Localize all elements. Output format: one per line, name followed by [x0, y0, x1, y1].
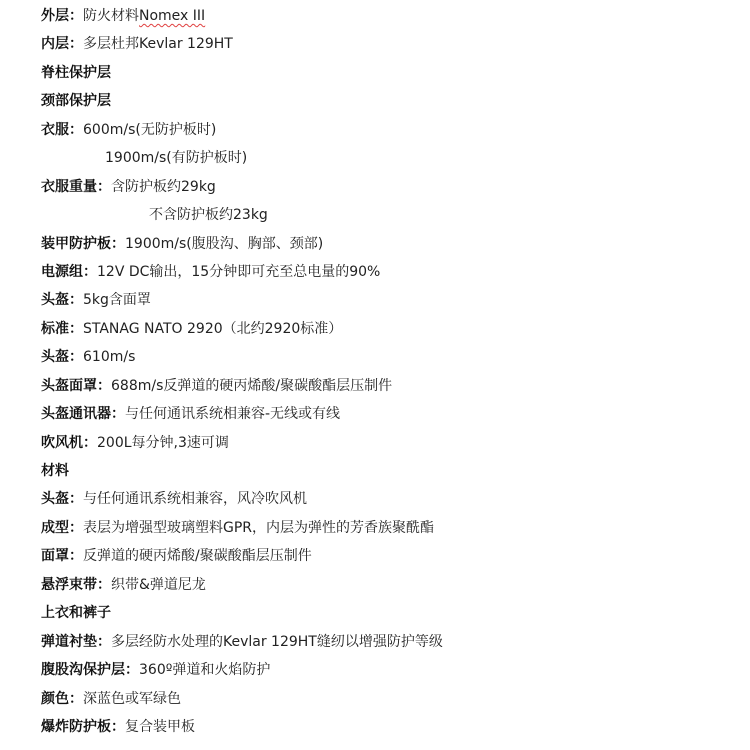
spec-document: 外层：防火材料Nomex III 内层：多层杜邦Kevlar 129HT 脊柱保… [41, 2, 741, 741]
spec-label: 头盔： [41, 292, 83, 308]
spec-label: 腹股沟保护层： [41, 662, 139, 678]
spec-label: 衣服： [41, 122, 83, 138]
spec-line-visor-material: 面罩：反弹道的硬丙烯酸/聚碳酸酯层压制件 [41, 542, 741, 570]
spec-line-clothing-weight: 衣服重量：含防护板约29kg [41, 173, 741, 201]
spec-value: 610m/s [83, 349, 135, 365]
spec-value: 不含防护板约23kg [149, 207, 268, 223]
spec-value: 1900m/s(有防护板时) [105, 150, 247, 166]
spec-value: 深蓝色或军绿色 [83, 691, 181, 707]
spec-line-helmet-visor: 头盔面罩：688m/s反弹道的硬丙烯酸/聚碳酸酯层压制件 [41, 372, 741, 400]
spec-label: 爆炸防护板： [41, 719, 125, 735]
spec-label: 头盔： [41, 491, 83, 507]
spec-line-color: 颜色：深蓝色或军绿色 [41, 685, 741, 713]
spec-line-helmet-weight: 头盔：5kg含面罩 [41, 286, 741, 314]
spec-label: 内层： [41, 36, 83, 52]
spec-line-helmet-speed: 头盔：610m/s [41, 343, 741, 371]
spec-label: 头盔面罩： [41, 378, 111, 394]
spec-value: 600m/s(无防护板时) [83, 122, 216, 138]
spec-label: 成型： [41, 520, 83, 536]
spec-line-blast-plate: 爆炸防护板：复合装甲板 [41, 713, 741, 741]
spec-value: 复合装甲板 [125, 719, 195, 735]
spec-value: 12V DC输出，15分钟即可充至总电量的90% [97, 264, 380, 280]
section-heading-spine: 脊柱保护层 [41, 59, 741, 87]
spec-label: 弹道衬垫： [41, 634, 111, 650]
spec-value: 与任何通讯系统相兼容-无线或有线 [125, 406, 340, 422]
spec-label: 装甲防护板： [41, 236, 125, 252]
spec-value: 200L每分钟,3速可调 [97, 435, 229, 451]
spec-value: 360º弹道和火焰防护 [139, 662, 270, 678]
spec-line-groin-protection: 腹股沟保护层：360º弹道和火焰防护 [41, 656, 741, 684]
spec-value: 反弹道的硬丙烯酸/聚碳酸酯层压制件 [83, 548, 312, 564]
spec-line-helmet-comms: 头盔通讯器：与任何通讯系统相兼容-无线或有线 [41, 400, 741, 428]
spec-value: 含防护板约29kg [111, 179, 216, 195]
spec-label: 悬浮束带： [41, 577, 111, 593]
spec-label: 头盔： [41, 349, 83, 365]
spec-line-power-pack: 电源组：12V DC输出，15分钟即可充至总电量的90% [41, 258, 741, 286]
spec-label: 头盔通讯器： [41, 406, 125, 422]
spec-value: STANAG NATO 2920（北约2920标准） [83, 321, 342, 337]
spec-line-continuation: 不含防护板约23kg [41, 201, 741, 229]
spec-line-blower: 吹风机：200L每分钟,3速可调 [41, 429, 741, 457]
spec-line-ballistic-liner: 弹道衬垫：多层经防水处理的Kevlar 129HT缝纫以增强防护等级 [41, 628, 741, 656]
spec-value: 防火材料 [83, 8, 139, 24]
spellcheck-marked-text: Nomex III [139, 8, 205, 24]
spec-line-armor-plate: 装甲防护板：1900m/s(腹股沟、胸部、颈部) [41, 230, 741, 258]
spec-value: 与任何通讯系统相兼容，风冷吹风机 [83, 491, 307, 507]
spec-line-helmet-material: 头盔：与任何通讯系统相兼容，风冷吹风机 [41, 485, 741, 513]
spec-label: 标准： [41, 321, 83, 337]
spec-label: 外层： [41, 8, 83, 24]
spec-line-molding: 成型：表层为增强型玻璃塑料GPR，内层为弹性的芳香族聚酰酯 [41, 514, 741, 542]
spec-line-continuation: 1900m/s(有防护板时) [41, 144, 741, 172]
spec-value: 织带&弹道尼龙 [111, 577, 206, 593]
spec-line-standard: 标准：STANAG NATO 2920（北约2920标准） [41, 315, 741, 343]
spec-value: 5kg含面罩 [83, 292, 151, 308]
spec-label: 衣服重量： [41, 179, 111, 195]
spec-value: 多层杜邦Kevlar 129HT [83, 36, 233, 52]
spec-line-suspension-strap: 悬浮束带：织带&弹道尼龙 [41, 571, 741, 599]
spec-line-inner-layer: 内层：多层杜邦Kevlar 129HT [41, 30, 741, 58]
spec-value: 表层为增强型玻璃塑料GPR，内层为弹性的芳香族聚酰酯 [83, 520, 434, 536]
spec-line-clothing: 衣服：600m/s(无防护板时) [41, 116, 741, 144]
spec-value: 688m/s反弹道的硬丙烯酸/聚碳酸酯层压制件 [111, 378, 392, 394]
spec-label: 电源组： [41, 264, 97, 280]
spec-label: 吹风机： [41, 435, 97, 451]
spec-label: 面罩： [41, 548, 83, 564]
section-heading-neck: 颈部保护层 [41, 87, 741, 115]
spec-value: 1900m/s(腹股沟、胸部、颈部) [125, 236, 323, 252]
spec-line-outer-layer: 外层：防火材料Nomex III [41, 2, 741, 30]
spec-label: 颜色： [41, 691, 83, 707]
spec-value: 多层经防水处理的Kevlar 129HT缝纫以增强防护等级 [111, 634, 443, 650]
section-heading-materials: 材料 [41, 457, 741, 485]
section-heading-jacket-trousers: 上衣和裤子 [41, 599, 741, 627]
